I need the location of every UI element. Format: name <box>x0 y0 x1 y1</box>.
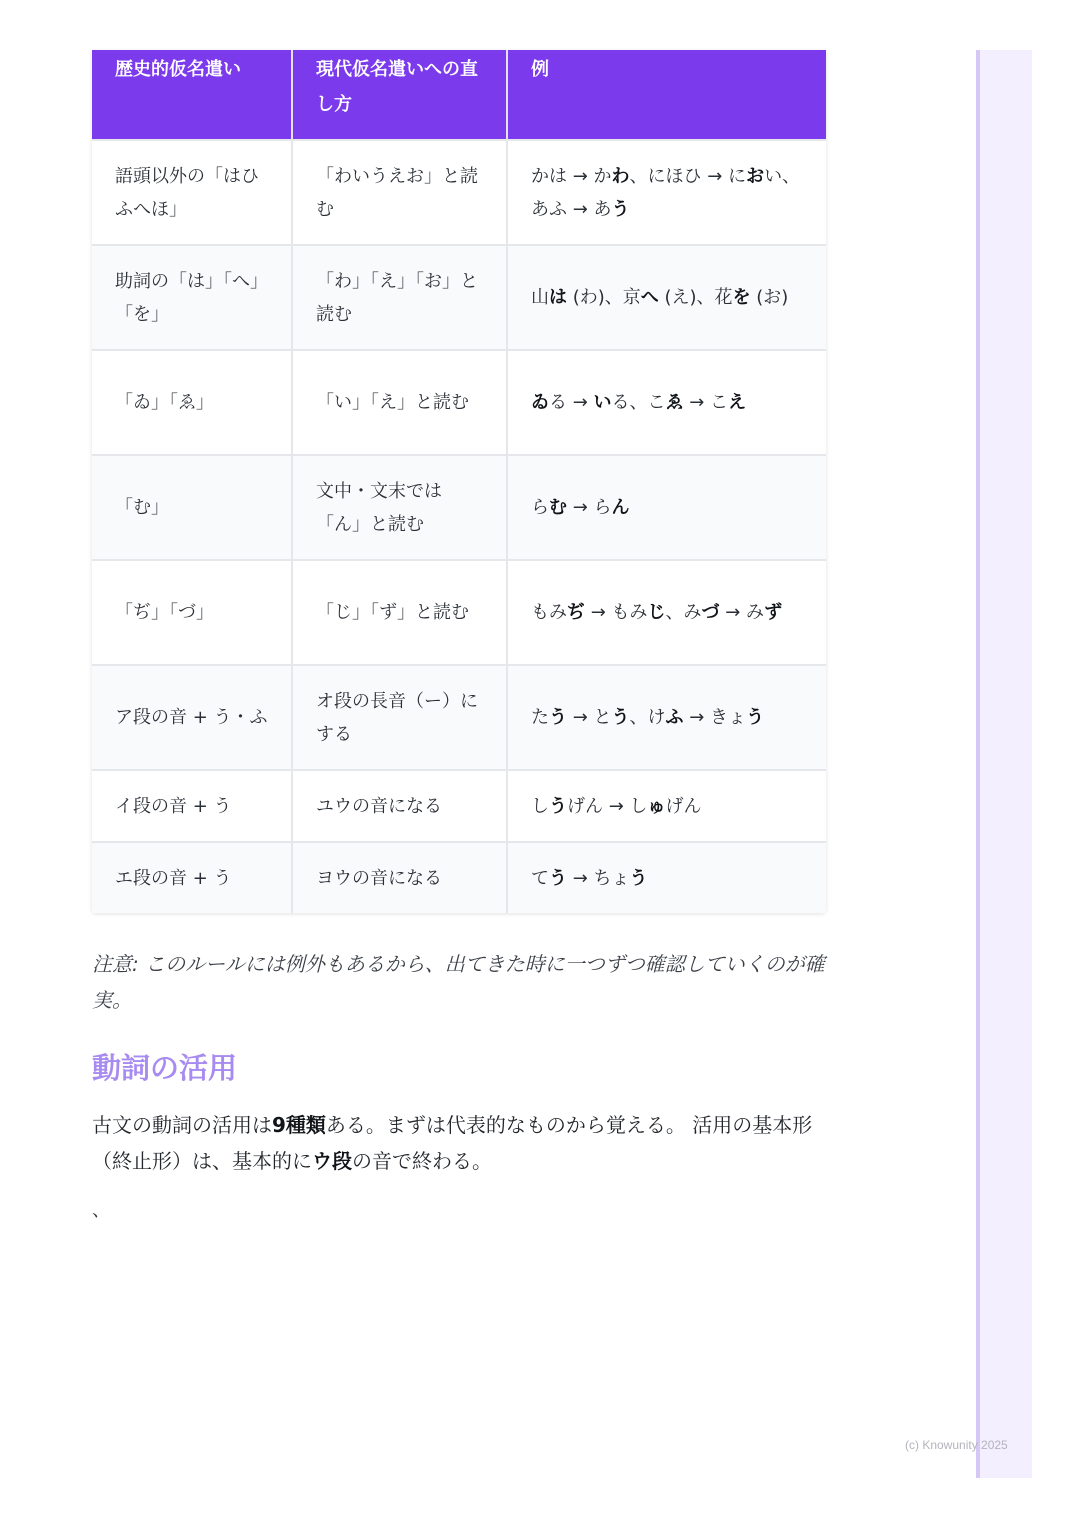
text: もみ <box>531 602 567 623</box>
bold-text: う <box>746 707 764 728</box>
cell-historical: ア段の音 + う・ふ <box>92 664 293 769</box>
right-sidebar-panel <box>976 50 1032 1478</box>
text: (わ)、京 <box>567 287 641 308</box>
text: の音で終わる。 <box>352 1149 492 1173</box>
cell-modern: 「わ」「え」「お」と読む <box>293 244 508 349</box>
text: る → <box>549 392 594 413</box>
text: た <box>531 707 549 728</box>
bold-text: う <box>549 707 567 728</box>
caution-note: 注意: このルールには例外もあるから、出てきた時に一つずつ確認していくのが確実。 <box>92 946 832 1018</box>
cell-modern: 文中・文末では「ん」と読む <box>293 454 508 559</box>
text: かは → か <box>531 166 612 187</box>
text: 、にほひ → に <box>630 166 747 187</box>
bold-text: い <box>594 392 612 413</box>
cell-historical: エ段の音 + う <box>92 841 293 913</box>
text: し <box>531 796 549 817</box>
bold-text: を <box>733 287 751 308</box>
bold-text: ふ <box>666 707 684 728</box>
bold-text: う <box>549 796 567 817</box>
bold-text: じ <box>648 602 666 623</box>
cell-historical: 「む」 <box>92 454 293 559</box>
bold-text: へ <box>641 287 659 308</box>
section-heading: 動詞の活用 <box>92 1046 237 1090</box>
cell-example: てう → ちょう <box>508 841 826 913</box>
table-row: 「ぢ」「づ」「じ」「ず」と読むもみぢ → もみじ、みづ → みず <box>92 559 826 664</box>
bold-text: づ <box>702 602 720 623</box>
copyright-footer: (c) Knowunity 2025 <box>905 1438 1008 1452</box>
cell-historical: 助詞の「は」「へ」「を」 <box>92 244 293 349</box>
cell-modern: 「わいうえお」と読む <box>293 139 508 244</box>
text: → もみ <box>585 602 648 623</box>
bold-text: え <box>728 392 746 413</box>
header-example: 例 <box>508 50 826 139</box>
text: (お) <box>751 287 789 308</box>
bold-text: ゑ <box>666 392 684 413</box>
cell-example: ゐる → いる、こゑ → こえ <box>508 349 826 454</box>
bold-text: う <box>630 868 648 889</box>
table-row: ア段の音 + う・ふオ段の長音（ー）にするたう → とう、けふ → きょう <box>92 664 826 769</box>
cell-modern: ヨウの音になる <box>293 841 508 913</box>
cell-historical: 「ゐ」「ゑ」 <box>92 349 293 454</box>
cell-example: 山は (わ)、京へ (え)、花を (お) <box>508 244 826 349</box>
cell-modern: 「じ」「ず」と読む <box>293 559 508 664</box>
text: 、け <box>630 707 666 728</box>
table-row: 「ゐ」「ゑ」「い」「え」と読むゐる → いる、こゑ → こえ <box>92 349 826 454</box>
bold-text: う <box>612 199 630 220</box>
cell-modern: 「い」「え」と読む <box>293 349 508 454</box>
stray-mark: 、 <box>92 1196 110 1222</box>
header-modern: 現代仮名遣いへの直し方 <box>293 50 508 139</box>
cell-example: たう → とう、けふ → きょう <box>508 664 826 769</box>
cell-example: かは → かわ、にほひ → におい、あふ → あう <box>508 139 826 244</box>
bold-text: う <box>612 707 630 728</box>
section-paragraph: 古文の動詞の活用は9種類ある。まずは代表的なものから覚える。 活用の基本形（終止… <box>92 1107 832 1179</box>
table-row: エ段の音 + うヨウの音になるてう → ちょう <box>92 841 826 913</box>
cell-example: らむ → らん <box>508 454 826 559</box>
text: → ら <box>567 497 612 518</box>
cell-example: もみぢ → もみじ、みづ → みず <box>508 559 826 664</box>
bold-text: む <box>549 497 567 518</box>
cell-historical: 語頭以外の「はひふへほ」 <box>92 139 293 244</box>
document-page: 歴史的仮名遣い 現代仮名遣いへの直し方 例 語頭以外の「はひふへほ」「わいうえお… <box>92 50 826 913</box>
bold-text: ぢ <box>567 602 585 623</box>
text: → きょ <box>684 707 747 728</box>
text: て <box>531 868 549 889</box>
cell-modern: オ段の長音（ー）にする <box>293 664 508 769</box>
bold-text: ゅ <box>648 796 666 817</box>
bold-text: ん <box>612 497 630 518</box>
bold-text: 9種類 <box>272 1113 326 1137</box>
text: 、み <box>666 602 702 623</box>
text: る、こ <box>612 392 666 413</box>
cell-modern: ユウの音になる <box>293 769 508 841</box>
cell-historical: イ段の音 + う <box>92 769 293 841</box>
table-row: 「む」文中・文末では「ん」と読むらむ → らん <box>92 454 826 559</box>
bold-text: う <box>549 868 567 889</box>
cell-historical: 「ぢ」「づ」 <box>92 559 293 664</box>
bold-text: お <box>746 166 764 187</box>
text: げん <box>666 796 702 817</box>
bold-text: ず <box>764 602 782 623</box>
bold-text: は <box>549 287 567 308</box>
table-row: 助詞の「は」「へ」「を」「わ」「え」「お」と読む山は (わ)、京へ (え)、花を… <box>92 244 826 349</box>
header-historical: 歴史的仮名遣い <box>92 50 293 139</box>
text: げん → し <box>567 796 648 817</box>
kana-rules-table: 歴史的仮名遣い 現代仮名遣いへの直し方 例 語頭以外の「はひふへほ」「わいうえお… <box>92 50 826 913</box>
cell-example: しうげん → しゅげん <box>508 769 826 841</box>
bold-text: ウ段 <box>312 1149 352 1173</box>
table-row: イ段の音 + うユウの音になるしうげん → しゅげん <box>92 769 826 841</box>
table-header-row: 歴史的仮名遣い 現代仮名遣いへの直し方 例 <box>92 50 826 139</box>
text: 山 <box>531 287 549 308</box>
text: → み <box>720 602 765 623</box>
text: → こ <box>684 392 729 413</box>
table-row: 語頭以外の「はひふへほ」「わいうえお」と読むかは → かわ、にほひ → におい、… <box>92 139 826 244</box>
bold-text: わ <box>612 166 630 187</box>
text: (え)、花 <box>659 287 733 308</box>
text: ら <box>531 497 549 518</box>
text: 古文の動詞の活用は <box>92 1113 272 1137</box>
text: → と <box>567 707 612 728</box>
text: → ちょ <box>567 868 630 889</box>
bold-text: ゐ <box>531 392 549 413</box>
